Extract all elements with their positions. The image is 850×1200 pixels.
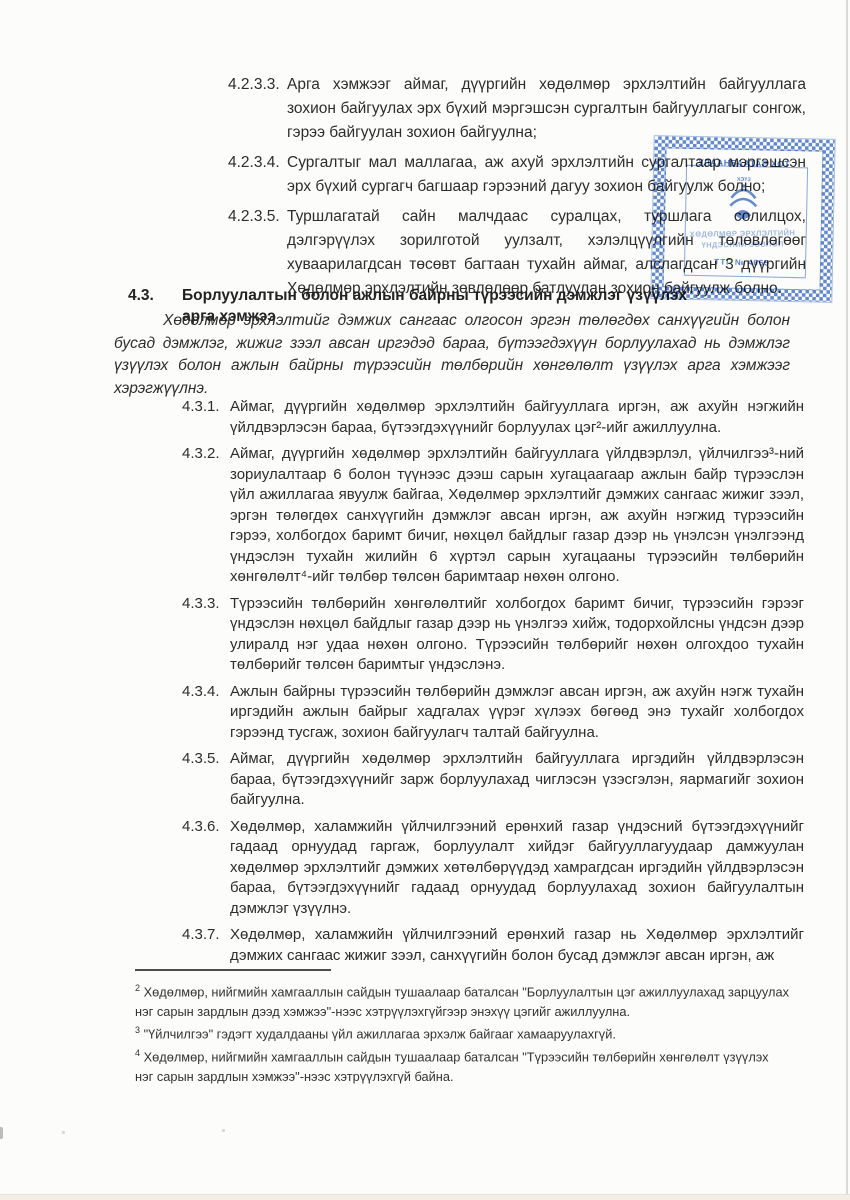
stamp-emblem-icon: ХЭҮЗ xyxy=(724,174,763,230)
footnote-text: "Үйлчилгээ" гэдэгт худалдааны үйл ажилла… xyxy=(144,1027,616,1042)
scanned-document-page: 4.2.3.3. Арга хэмжээг аймаг, дүүргийн хө… xyxy=(0,0,850,1200)
clause-number: 4.2.3.4. xyxy=(228,151,287,199)
footnote-text: Хөдөлмөр, нийгмийн хамгааллын сайдын туш… xyxy=(135,1049,769,1084)
clause-text: Аймаг, дүүргийн хөдөлмөр эрхлэлтийн байг… xyxy=(230,749,804,811)
clause-4233: 4.2.3.3. Арга хэмжээг аймаг, дүүргийн хө… xyxy=(228,73,806,145)
clause-434: 4.3.4. Ажлын байрны түрээсийн төлбөрийн … xyxy=(182,682,804,744)
footnote-3: 3 "Үйлчилгээ" гэдэгт худалдааны үйл ажил… xyxy=(135,1021,789,1044)
scan-speckle xyxy=(222,1129,225,1132)
official-stamp: УЛААНБААТАР ХОТ ХЭҮЗ ХӨДӨЛМӨР ЭРХЛЭЛТИЙН… xyxy=(651,136,834,302)
clause-435: 4.3.5. Аймаг, дүүргийн хөдөлмөр эрхлэлти… xyxy=(182,749,804,811)
footnote-marker: 3 xyxy=(135,1025,140,1035)
footnote-marker: 4 xyxy=(135,1048,140,1058)
clause-text: Түрээсийн төлбөрийн хөнгөлөлтийг холбогд… xyxy=(230,594,804,676)
footnote-2: 2 Хөдөлмөр, нийгмийн хамгааллын сайдын т… xyxy=(135,979,789,1021)
clause-text: Арга хэмжээг аймаг, дүүргийн хөдөлмөр эр… xyxy=(287,73,806,145)
clause-436: 4.3.6. Хөдөлмөр, халамжийн үйлчилгээний … xyxy=(182,817,804,920)
stamp-emblem-caption: ХЭҮЗ xyxy=(737,177,752,183)
footnote-divider xyxy=(135,969,331,971)
clause-437: 4.3.7. Хөдөлмөр, халамжийн үйлчилгээний … xyxy=(182,925,804,966)
clause-text: Аймаг, дүүргийн хөдөлмөр эрхлэлтийн байг… xyxy=(230,397,804,438)
footnote-4: 4 Хөдөлмөр, нийгмийн хамгааллын сайдын т… xyxy=(135,1044,789,1086)
clause-number: 4.3.4. xyxy=(182,682,230,744)
stamp-org-name: ХӨДӨЛМӨР ЭРХЛЭЛТИЙН ҮНДЭСНИЙ ЗӨВЛӨЛ xyxy=(652,227,832,252)
footnote-text: Хөдөлмөр, нийгмийн хамгааллын сайдын туш… xyxy=(135,984,789,1019)
scan-speckle xyxy=(62,1131,65,1134)
footnotes: 2 Хөдөлмөр, нийгмийн хамгааллын сайдын т… xyxy=(135,979,789,1086)
clause-text: Аймаг, дүүргийн хөдөлмөр эрхлэлтийн байг… xyxy=(230,444,804,588)
clause-433: 4.3.3. Түрээсийн төлбөрийн хөнгөлөлтийг … xyxy=(182,594,804,676)
clause-list-43: 4.3.1. Аймаг, дүүргийн хөдөлмөр эрхлэлти… xyxy=(182,397,804,972)
clause-number: 4.3.1. xyxy=(182,397,230,438)
scan-edge-bottom xyxy=(0,1194,850,1200)
scan-notch xyxy=(0,1127,3,1139)
clause-number: 4.3.2. xyxy=(182,444,230,588)
clause-number: 4.3.3. xyxy=(182,594,230,676)
clause-number: 4.2.3.3. xyxy=(228,73,287,145)
clause-text: Хөдөлмөр, халамжийн үйлчилгээний ерөнхий… xyxy=(230,925,804,966)
clause-number: 4.3.6. xyxy=(182,817,230,920)
clause-431: 4.3.1. Аймаг, дүүргийн хөдөлмөр эрхлэлти… xyxy=(182,397,804,438)
intro-paragraph: Хөдөлмөр эрхлэлтийг дэмжих сангаас олгос… xyxy=(114,310,790,400)
clause-text: Хөдөлмөр, халамжийн үйлчилгээний ерөнхий… xyxy=(230,817,804,920)
clause-number: 4.3.5. xyxy=(182,749,230,811)
clause-number: 4.3.7. xyxy=(182,925,230,966)
scan-edge-right xyxy=(846,0,848,1200)
clause-432: 4.3.2. Аймаг, дүүргийн хөдөлмөр эрхлэлти… xyxy=(182,444,804,588)
clause-text: Ажлын байрны түрээсийн төлбөрийн дэмжлэг… xyxy=(230,682,804,744)
footnote-marker: 2 xyxy=(135,983,140,993)
